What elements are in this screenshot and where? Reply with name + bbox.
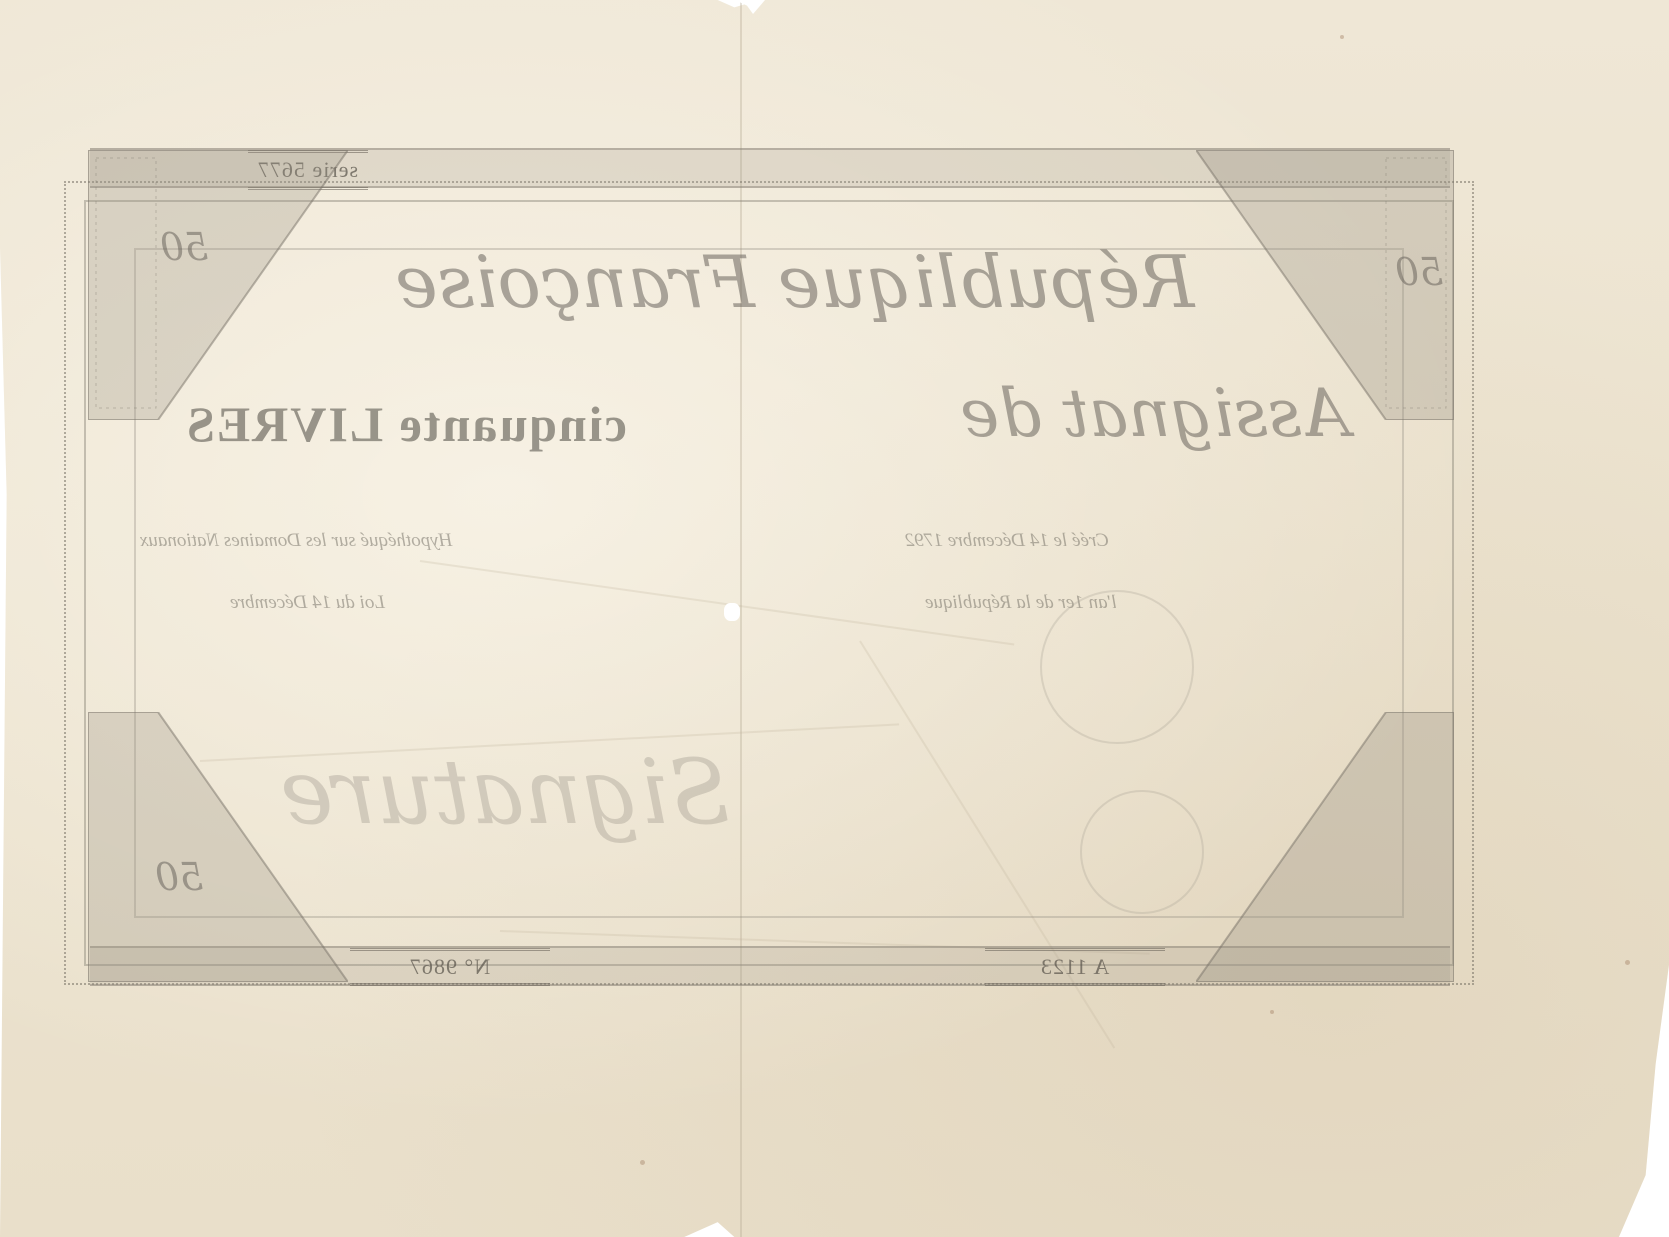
corner-ornament-top-left: [88, 150, 348, 420]
corner-value-bottom-left: 50: [155, 855, 203, 899]
dry-seal-stamp-lower: [1080, 790, 1204, 914]
corner-value-top-left: 50: [160, 225, 208, 269]
header-line1: République Françoise: [330, 240, 1260, 324]
foxing-spot: [1270, 1010, 1274, 1014]
dry-seal-stamp: [1040, 590, 1194, 744]
header-line2-main: cinquante LIVRES: [185, 395, 627, 453]
bottom-right-serial: A 1123: [1040, 954, 1109, 980]
foxing-spot: [640, 1160, 645, 1165]
corner-ornament-bottom-right: [1196, 712, 1454, 982]
foxing-spot: [1625, 960, 1630, 965]
header-line2-prefix: Assignat de: [960, 375, 1349, 452]
body-right-line2: Loi du 14 Décembre: [230, 592, 385, 614]
corner-value-top-right: 50: [1395, 250, 1443, 294]
foxing-spot: [1340, 35, 1344, 39]
signature-show-through: Signature: [280, 740, 730, 845]
tear-hole-center: [724, 603, 740, 621]
body-right-line1: Hypothéqué sur les Domaines Nationaux: [140, 530, 452, 552]
bottom-left-serial: N° 9867: [409, 954, 490, 980]
bottom-right-serial-box: A 1123: [985, 948, 1165, 986]
bottom-left-serial-box: N° 9867: [350, 948, 550, 986]
body-left-line1: Créé le 14 Décembre 1792: [905, 530, 1109, 552]
